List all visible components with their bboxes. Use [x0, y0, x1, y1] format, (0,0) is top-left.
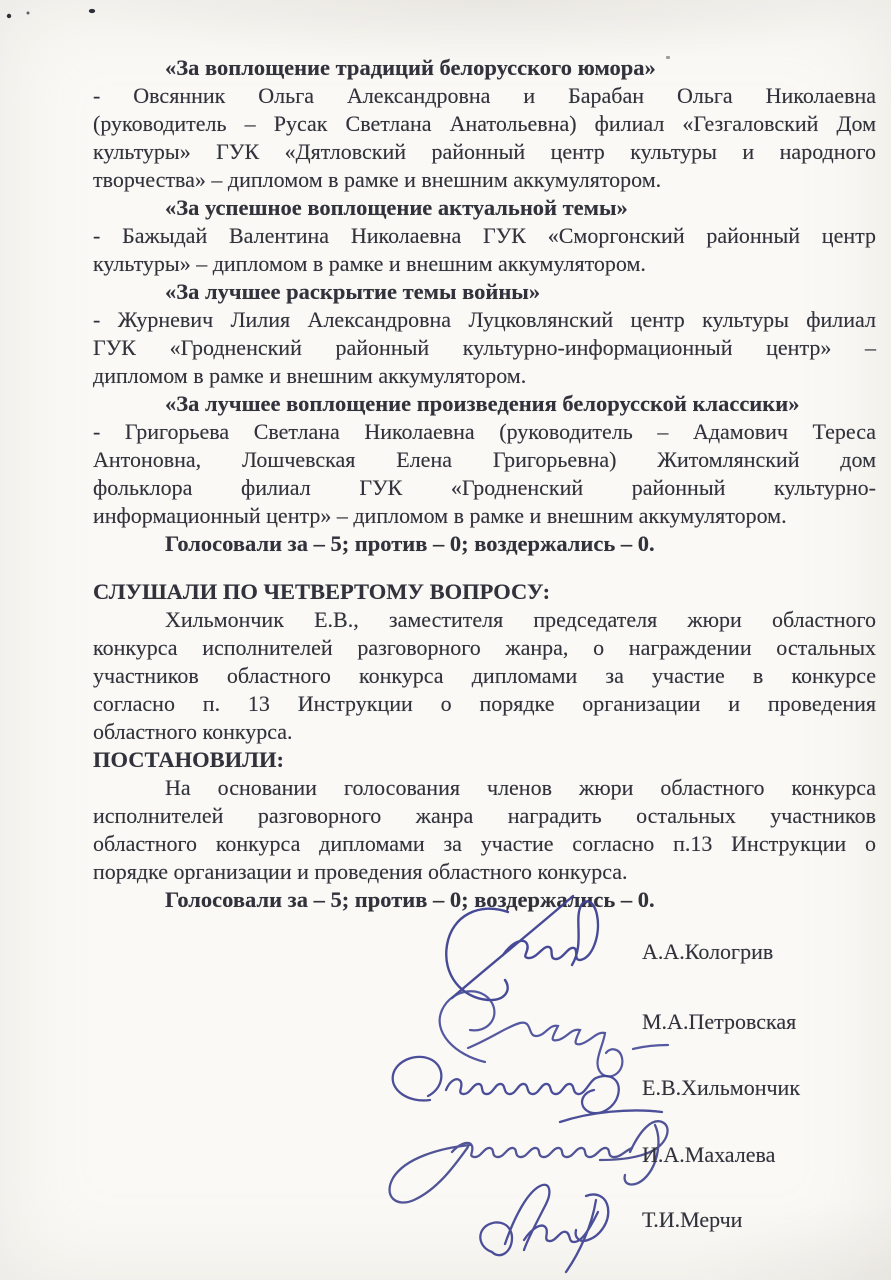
signature-name: Т.И.Мерчи	[642, 1206, 742, 1234]
doc-line: «За лучшее раскрытие темы войны»	[93, 278, 876, 306]
signature-makhaleva	[390, 1121, 668, 1202]
doc-line: Голосовали за – 5; против – 0; воздержал…	[93, 530, 876, 558]
doc-line: «За лучшее воплощение произведения белор…	[93, 390, 876, 418]
doc-line: ГУК «Гродненский районный культурно-инфо…	[93, 334, 876, 362]
doc-line: - Овсянник Ольга Александровна и Барабан…	[93, 82, 876, 110]
doc-line: Антоновна, Лошчевская Елена Григорьевна)…	[93, 446, 876, 474]
doc-line: дипломом в рамке и внешним аккумулятором…	[93, 362, 876, 390]
doc-line: Хильмончик Е.В., заместителя председател…	[93, 606, 876, 634]
doc-line: порядке организации и проведения областн…	[93, 858, 876, 886]
doc-line: «За успешное воплощение актуальной темы»	[93, 194, 876, 222]
doc-line: - Журневич Лилия Александровна Луцковлян…	[93, 306, 876, 334]
signature-khilmonchik	[393, 1057, 662, 1122]
signature-name: И.А.Махалева	[642, 1141, 775, 1169]
doc-line: СЛУШАЛИ ПО ЧЕТВЕРТОМУ ВОПРОСУ:	[93, 578, 876, 606]
document-text: «За воплощение традиций белорусского юмо…	[93, 54, 876, 914]
doc-line: областного конкурса.	[93, 718, 876, 746]
ink-speck	[7, 9, 670, 59]
doc-line: Голосовали за – 5; против – 0; воздержал…	[93, 886, 876, 914]
signature-petrovskaya	[440, 991, 668, 1076]
signature-name: М.А.Петровская	[642, 1008, 796, 1036]
doc-line: согласно п. 13 Инструкции о порядке орга…	[93, 690, 876, 718]
signature-name: А.А.Кологрив	[642, 938, 773, 966]
signature-name: Е.В.Хильмончик	[642, 1074, 800, 1102]
doc-line: исполнителей разговорного жанра наградит…	[93, 802, 876, 830]
signature-merchi	[480, 1185, 608, 1272]
doc-line: - Григорьева Светлана Николаевна (руково…	[93, 418, 876, 446]
doc-line: фольклора филиал ГУК «Гродненский районн…	[93, 474, 876, 502]
doc-line: культуры» ГУК «Дятловский районный центр…	[93, 138, 876, 166]
document-page: «За воплощение традиций белорусского юмо…	[0, 0, 891, 1280]
doc-line: информационный центр» – дипломом в рамке…	[93, 502, 876, 530]
doc-line: культуры» – дипломом в рамке и внешним а…	[93, 250, 876, 278]
doc-line: «За воплощение традиций белорусского юмо…	[93, 54, 876, 82]
doc-line: ПОСТАНОВИЛИ:	[93, 746, 876, 774]
doc-line: На основании голосования членов жюри обл…	[93, 774, 876, 802]
doc-line: (руководитель – Русак Светлана Анатольев…	[93, 110, 876, 138]
doc-line: участников областного конкурса дипломами…	[93, 662, 876, 690]
doc-line: конкурса исполнителей разговорного жанра…	[93, 634, 876, 662]
doc-line: творчества» – дипломом в рамке и внешним…	[93, 166, 876, 194]
doc-line: областного конкурса дипломами за участие…	[93, 830, 876, 858]
doc-line: - Бажыдай Валентина Николаевна ГУК «Смор…	[93, 222, 876, 250]
